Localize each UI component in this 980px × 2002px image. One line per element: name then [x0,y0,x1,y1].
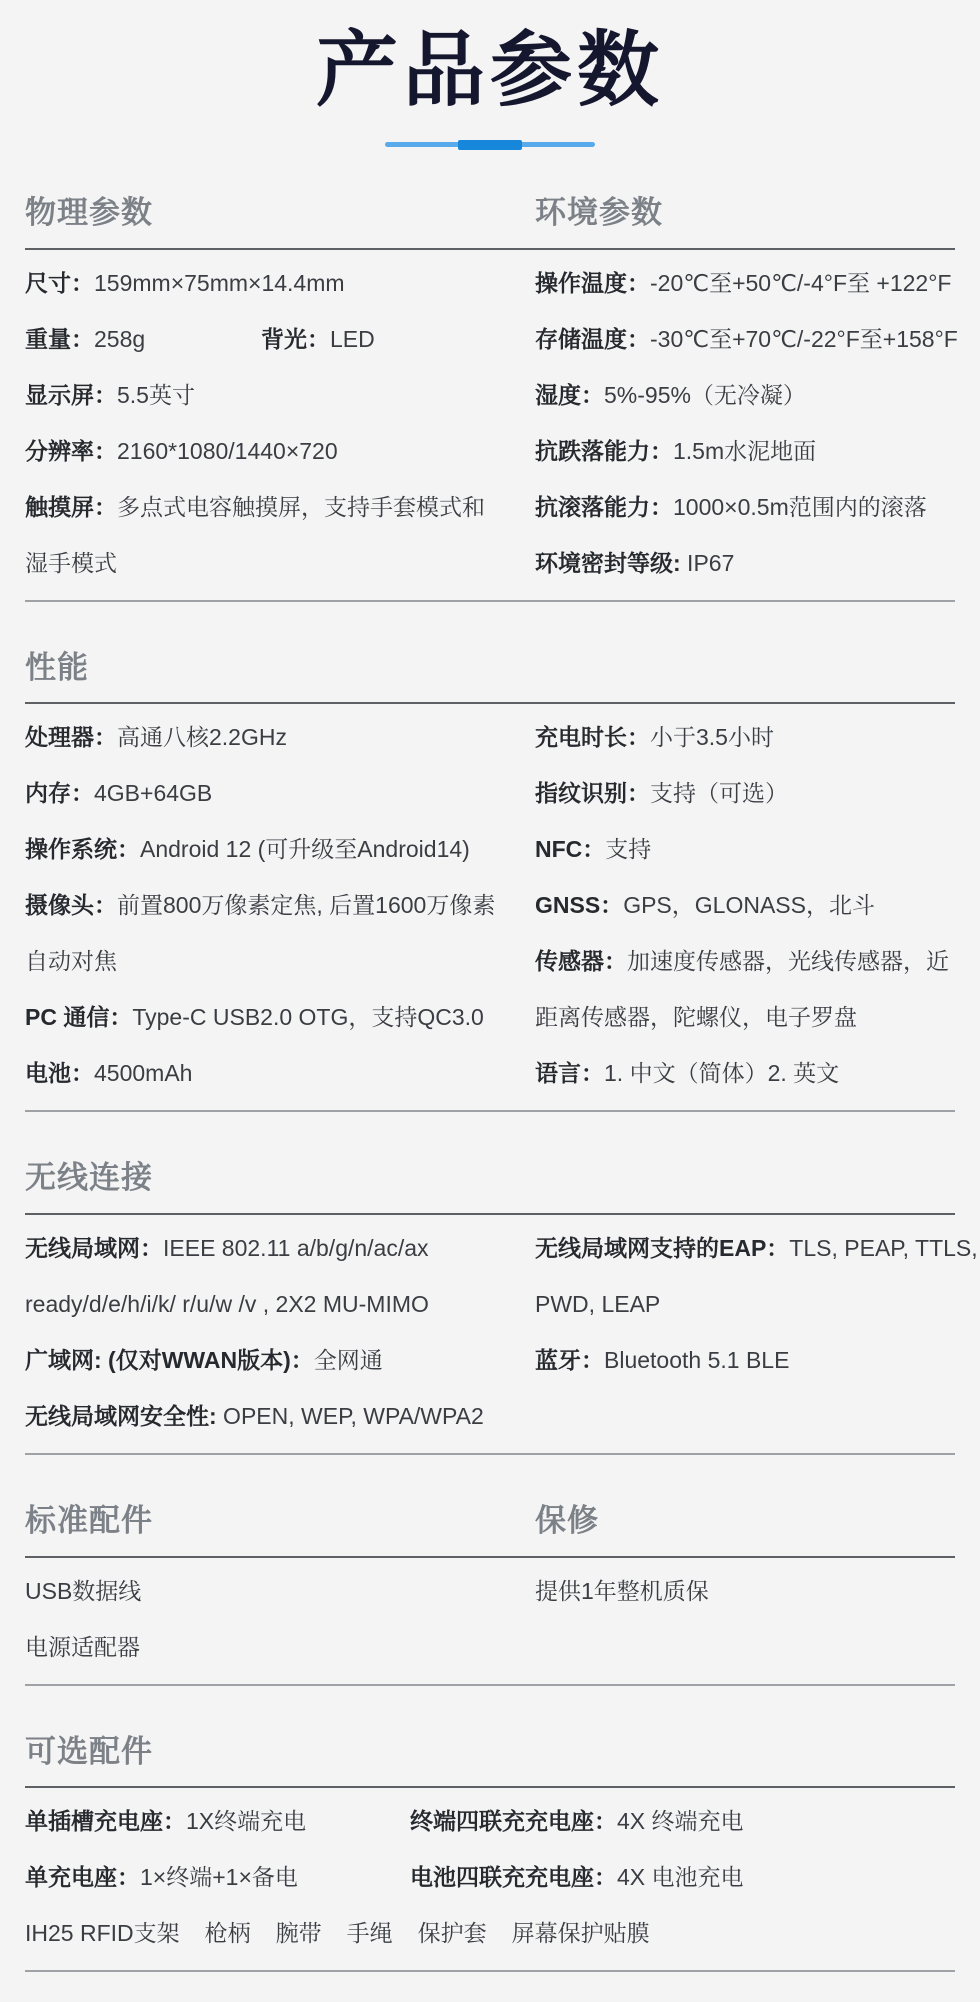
spec-cell: 环境密封等级: IP67 [535,550,734,576]
spec-cell: 背光：LED [261,311,495,367]
spec-row: 触摸屏：多点式电容触摸屏，支持手套模式和 [25,479,495,535]
spec-value: 手绳 [347,1920,393,1946]
spec-row: 单插槽充电座：1X终端充电终端四联充充电座：4X 终端充电 [25,1793,955,1849]
spec-value: 小于3.5小时 [650,724,774,750]
spec-row: USB数据线 [25,1563,495,1619]
spec-value: 4500mAh [94,1060,192,1086]
header-physical: 物理参数 [25,195,495,231]
spec-label: 无线局域网： [25,1235,163,1261]
spec-cell: PWD, LEAP [535,1291,660,1317]
spec-label: GNSS： [535,892,623,918]
header-environment: 环境参数 [535,195,955,231]
spec-cell: 显示屏：5.5英寸 [25,382,195,408]
spec-value: 枪柄 [205,1920,251,1946]
spec-cell: 操作系统：Android 12 (可升级至Android14) [25,836,470,862]
spec-value: 腕带 [276,1920,322,1946]
spec-row: 湿手模式 [25,535,495,591]
spec-label: PC 通信： [25,1004,132,1030]
section-wireless: 无线连接 无线局域网：IEEE 802.11 a/b/g/n/ac/axread… [25,1160,955,1453]
spec-cell: GNSS：GPS，GLONASS，北斗 [535,892,875,918]
spec-value: 距离传感器，陀螺仪，电子罗盘 [535,1004,857,1030]
section-performance: 性能 处理器：高通八核2.2GHz内存：4GB+64GB操作系统：Android… [25,650,955,1111]
page-title: 产品参数 [25,26,955,116]
spec-value: 全网通 [314,1347,383,1373]
spec-cell: 蓝牙：Bluetooth 5.1 BLE [535,1347,789,1373]
spec-cell: 语言：1. 中文（简体）2. 英文 [535,1060,839,1086]
spec-label: NFC： [535,836,605,862]
spec-label: 分辨率： [25,438,117,464]
spec-cell: 终端四联充充电座：4X 终端充电 [410,1793,955,1849]
spec-row: 无线局域网安全性: OPEN, WEP, WPA/WPA2 [25,1388,495,1444]
spec-value: 258g [94,326,145,352]
spec-value: LED [330,326,375,352]
spec-row: 处理器：高通八核2.2GHz [25,709,495,765]
performance-left-rows: 处理器：高通八核2.2GHz内存：4GB+64GB操作系统：Android 12… [25,704,495,1110]
section-divider [25,600,955,602]
spec-cell: 湿手模式 [25,550,117,576]
physical-environment-columns: 尺寸：159mm×75mm×14.4mm重量：258g背光：LED显示屏：5.5… [25,250,955,600]
spec-value: 4GB+64GB [94,780,212,806]
section-optional: 可选配件 单插槽充电座：1X终端充电终端四联充充电座：4X 终端充电单充电座：1… [25,1734,955,1971]
spec-row: 内存：4GB+64GB [25,765,495,821]
spec-row: 语言：1. 中文（简体）2. 英文 [535,1045,955,1101]
spec-value: OPEN, WEP, WPA/WPA2 [217,1403,484,1429]
spec-value: TLS, PEAP, TTLS, [789,1235,977,1261]
optional-columns: 单插槽充电座：1X终端充电终端四联充充电座：4X 终端充电单充电座：1×终端+1… [25,1788,955,1970]
spec-cell: 抗跌落能力：1.5m水泥地面 [535,438,816,464]
header-optional: 可选配件 [25,1734,153,1770]
section-divider [25,1684,955,1686]
spec-label: 单插槽充电座： [25,1808,186,1834]
spec-row: IH25 RFID支架枪柄腕带手绳保护套屏幕保护贴膜 [25,1905,955,1961]
spec-value: 1X终端充电 [186,1808,306,1834]
spec-value: 5.5英寸 [117,382,195,408]
spec-row: 显示屏：5.5英寸 [25,367,495,423]
spec-row: 操作温度：-20℃至+50℃/-4°F至 +122°F [535,255,955,311]
spec-row: 环境密封等级: IP67 [535,535,955,591]
spec-cell: PC 通信：Type-C USB2.0 OTG，支持QC3.0 [25,1004,484,1030]
spec-value: 电源适配器 [25,1634,140,1660]
spec-cell: 指纹识别：支持（可选） [535,780,788,806]
spec-row: 单充电座：1×终端+1×备电电池四联充充电座：4X 电池充电 [25,1849,955,1905]
performance-right-rows: 充电时长：小于3.5小时指纹识别：支持（可选）NFC：支持GNSS：GPS，GL… [535,704,955,1110]
spec-cell: NFC：支持 [535,836,651,862]
spec-row: 重量：258g背光：LED [25,311,495,367]
standard-warranty-columns: USB数据线电源适配器 提供1年整机质保 [25,1558,955,1684]
spec-value: Android 12 (可升级至Android14) [140,836,470,862]
spec-value: -30℃至+70℃/-22°F至+158°F [650,326,958,352]
spec-cell: 操作温度：-20℃至+50℃/-4°F至 +122°F [535,270,951,296]
spec-row: 距离传感器，陀螺仪，电子罗盘 [535,989,955,1045]
spec-label: 单充电座： [25,1864,140,1890]
spec-cell: 充电时长：小于3.5小时 [535,724,774,750]
spec-value: PWD, LEAP [535,1291,660,1317]
performance-columns: 处理器：高通八核2.2GHz内存：4GB+64GB操作系统：Android 12… [25,704,955,1110]
spec-value: 1000×0.5m范围内的滚落 [673,494,927,520]
spec-row: PC 通信：Type-C USB2.0 OTG，支持QC3.0 [25,989,495,1045]
spec-value: IH25 RFID支架 [25,1920,180,1946]
spec-value: Bluetooth 5.1 BLE [604,1347,789,1373]
spec-row: 抗滚落能力：1000×0.5m范围内的滚落 [535,479,955,535]
spec-value: IP67 [681,550,735,576]
spec-row: 存储温度：-30℃至+70℃/-22°F至+158°F [535,311,955,367]
spec-value: 加速度传感器，光线传感器，近 [627,948,949,974]
spec-row: 分辨率：2160*1080/1440×720 [25,423,495,479]
warranty-rows: 提供1年整机质保 [535,1558,955,1628]
spec-label: 湿度： [535,382,604,408]
spec-cell: 单插槽充电座：1X终端充电 [25,1793,410,1849]
section-head-physical-environment: 物理参数 环境参数 [25,195,955,250]
section-divider [25,1453,955,1455]
spec-row: 传感器：加速度传感器，光线传感器，近 [535,933,955,989]
spec-row: 广域网: (仅对WWAN版本)：全网通 [25,1332,495,1388]
spec-cell: 处理器：高通八核2.2GHz [25,724,287,750]
section-head-standard-warranty: 标准配件 保修 [25,1503,955,1558]
spec-label: 指纹识别： [535,780,650,806]
spec-cell: 传感器：加速度传感器，光线传感器，近 [535,948,949,974]
spec-value: ready/d/e/h/i/k/ r/u/w /v , 2X2 MU-MIMO [25,1291,429,1317]
spec-value: 前置800万像素定焦, 后置1600万像素 [117,892,495,918]
spec-label: 操作温度： [535,270,650,296]
spec-row: 尺寸：159mm×75mm×14.4mm [25,255,495,311]
spec-label: 处理器： [25,724,117,750]
spec-value: 支持（可选） [650,780,788,806]
spec-value: 湿手模式 [25,550,117,576]
spec-value: 4X 电池充电 [617,1864,744,1890]
spec-cell: 摄像头：前置800万像素定焦, 后置1600万像素 [25,892,495,918]
spec-row: 自动对焦 [25,933,495,989]
header-standard: 标准配件 [25,1503,495,1539]
section-head-wireless: 无线连接 [25,1160,955,1215]
spec-cell: 自动对焦 [25,948,117,974]
spec-row: 抗跌落能力：1.5m水泥地面 [535,423,955,479]
spec-cell: 存储温度：-30℃至+70℃/-22°F至+158°F [535,326,958,352]
spec-row: GNSS：GPS，GLONASS，北斗 [535,877,955,933]
spec-value: 1×终端+1×备电 [140,1864,298,1890]
spec-cell: 电池：4500mAh [25,1060,192,1086]
spec-value: 保护套 [418,1920,487,1946]
spec-label: 传感器： [535,948,627,974]
wireless-columns: 无线局域网：IEEE 802.11 a/b/g/n/ac/axready/d/e… [25,1215,955,1453]
spec-row: 操作系统：Android 12 (可升级至Android14) [25,821,495,877]
spec-row: 电池：4500mAh [25,1045,495,1101]
spec-row: 无线局域网支持的EAP：TLS, PEAP, TTLS, [535,1220,955,1276]
header-wireless: 无线连接 [25,1160,153,1196]
section-head-optional: 可选配件 [25,1734,955,1789]
spec-row: 充电时长：小于3.5小时 [535,709,955,765]
environment-rows: 操作温度：-20℃至+50℃/-4°F至 +122°F存储温度：-30℃至+70… [535,250,955,600]
spec-value: GPS，GLONASS，北斗 [623,892,875,918]
spec-value: 支持 [605,836,651,862]
physical-rows: 尺寸：159mm×75mm×14.4mm重量：258g背光：LED显示屏：5.5… [25,250,495,600]
spec-cell: IH25 RFID支架枪柄腕带手绳保护套屏幕保护贴膜 [25,1920,675,1946]
spec-label: 触摸屏： [25,494,117,520]
spec-value: 自动对焦 [25,948,117,974]
spec-row: PWD, LEAP [535,1276,955,1332]
spec-value: 2160*1080/1440×720 [117,438,338,464]
section-physical-environment: 物理参数 环境参数 尺寸：159mm×75mm×14.4mm重量：258g背光：… [25,195,955,600]
section-head-performance: 性能 [25,650,955,705]
spec-label: 广域网: (仅对WWAN版本)： [25,1347,314,1373]
spec-cell: 内存：4GB+64GB [25,780,212,806]
spec-cell: 提供1年整机质保 [535,1578,709,1604]
spec-value: 屏幕保护贴膜 [512,1920,650,1946]
spec-value: 多点式电容触摸屏，支持手套模式和 [117,494,485,520]
spec-cell: USB数据线 [25,1578,141,1604]
spec-cell: ready/d/e/h/i/k/ r/u/w /v , 2X2 MU-MIMO [25,1291,429,1317]
spec-cell: 电池四联充充电座：4X 电池充电 [410,1849,955,1905]
spec-value: IEEE 802.11 a/b/g/n/ac/ax [163,1235,429,1261]
header-performance: 性能 [25,650,89,686]
spec-value: 高通八核2.2GHz [117,724,287,750]
spec-label: 蓝牙： [535,1347,604,1373]
spec-value: 1.5m水泥地面 [673,438,816,464]
spec-label: 无线局域网安全性: [25,1403,217,1429]
page-header: 产品参数 [25,26,955,147]
spec-label: 背光： [261,326,330,352]
spec-value: 5%-95%（无冷凝） [604,382,806,408]
spec-row: 电源适配器 [25,1619,495,1675]
spec-row: 提供1年整机质保 [535,1563,955,1619]
spec-value: 1. 中文（简体）2. 英文 [604,1060,839,1086]
spec-cell: 触摸屏：多点式电容触摸屏，支持手套模式和 [25,494,485,520]
spec-value: 4X 终端充电 [617,1808,744,1834]
spec-value: 159mm×75mm×14.4mm [94,270,345,296]
spec-label: 无线局域网支持的EAP： [535,1235,789,1261]
spec-value: 提供1年整机质保 [535,1578,709,1604]
section-divider [25,1110,955,1112]
spec-cell: 单充电座：1×终端+1×备电 [25,1849,410,1905]
header-warranty: 保修 [535,1503,955,1539]
spec-cell: 广域网: (仅对WWAN版本)：全网通 [25,1347,383,1373]
spec-label: 内存： [25,780,94,806]
spec-label: 重量： [25,326,94,352]
spec-cell: 无线局域网安全性: OPEN, WEP, WPA/WPA2 [25,1403,484,1429]
spec-row: 蓝牙：Bluetooth 5.1 BLE [535,1332,955,1388]
spec-label: 终端四联充充电座： [410,1808,617,1834]
spec-value: Type-C USB2.0 OTG，支持QC3.0 [132,1004,483,1030]
wireless-left-rows: 无线局域网：IEEE 802.11 a/b/g/n/ac/axready/d/e… [25,1215,495,1453]
spec-label: 抗跌落能力： [535,438,673,464]
spec-label: 充电时长： [535,724,650,750]
spec-label: 存储温度： [535,326,650,352]
spec-cell: 电源适配器 [25,1634,140,1660]
title-accent-center [458,140,522,150]
optional-rows: 单插槽充电座：1X终端充电终端四联充充电座：4X 终端充电单充电座：1×终端+1… [25,1788,955,1970]
spec-cell: 无线局域网支持的EAP：TLS, PEAP, TTLS, [535,1235,978,1261]
spec-cell: 湿度：5%-95%（无冷凝） [535,382,806,408]
spec-row: NFC：支持 [535,821,955,877]
spec-value: USB数据线 [25,1578,141,1604]
spec-label: 抗滚落能力： [535,494,673,520]
spec-label: 尺寸： [25,270,94,296]
spec-row: 指纹识别：支持（可选） [535,765,955,821]
spec-label: 语言： [535,1060,604,1086]
spec-label: 环境密封等级: [535,550,681,576]
spec-cell: 距离传感器，陀螺仪，电子罗盘 [535,1004,857,1030]
spec-cell: 重量：258g [25,311,261,367]
spec-row: 湿度：5%-95%（无冷凝） [535,367,955,423]
spec-label: 操作系统： [25,836,140,862]
spec-value: -20℃至+50℃/-4°F至 +122°F [650,270,951,296]
spec-cell: 尺寸：159mm×75mm×14.4mm [25,270,345,296]
product-spec-page: 产品参数 物理参数 环境参数 尺寸：159mm×75mm×14.4mm重量：25… [0,0,980,2002]
section-standard-warranty: 标准配件 保修 USB数据线电源适配器 提供1年整机质保 [25,1503,955,1684]
section-divider [25,1970,955,1972]
wireless-right-rows: 无线局域网支持的EAP：TLS, PEAP, TTLS,PWD, LEAP蓝牙：… [535,1215,955,1397]
spec-row: ready/d/e/h/i/k/ r/u/w /v , 2X2 MU-MIMO [25,1276,495,1332]
spec-row: 无线局域网：IEEE 802.11 a/b/g/n/ac/ax [25,1220,495,1276]
spec-label: 摄像头： [25,892,117,918]
spec-cell: 无线局域网：IEEE 802.11 a/b/g/n/ac/ax [25,1235,429,1261]
spec-label: 显示屏： [25,382,117,408]
spec-row: 摄像头：前置800万像素定焦, 后置1600万像素 [25,877,495,933]
standard-rows: USB数据线电源适配器 [25,1558,495,1684]
spec-label: 电池四联充充电座： [410,1864,617,1890]
spec-cell: 抗滚落能力：1000×0.5m范围内的滚落 [535,494,927,520]
spec-cell: 分辨率：2160*1080/1440×720 [25,438,338,464]
title-accent-bar [385,142,595,147]
spec-label: 电池： [25,1060,94,1086]
